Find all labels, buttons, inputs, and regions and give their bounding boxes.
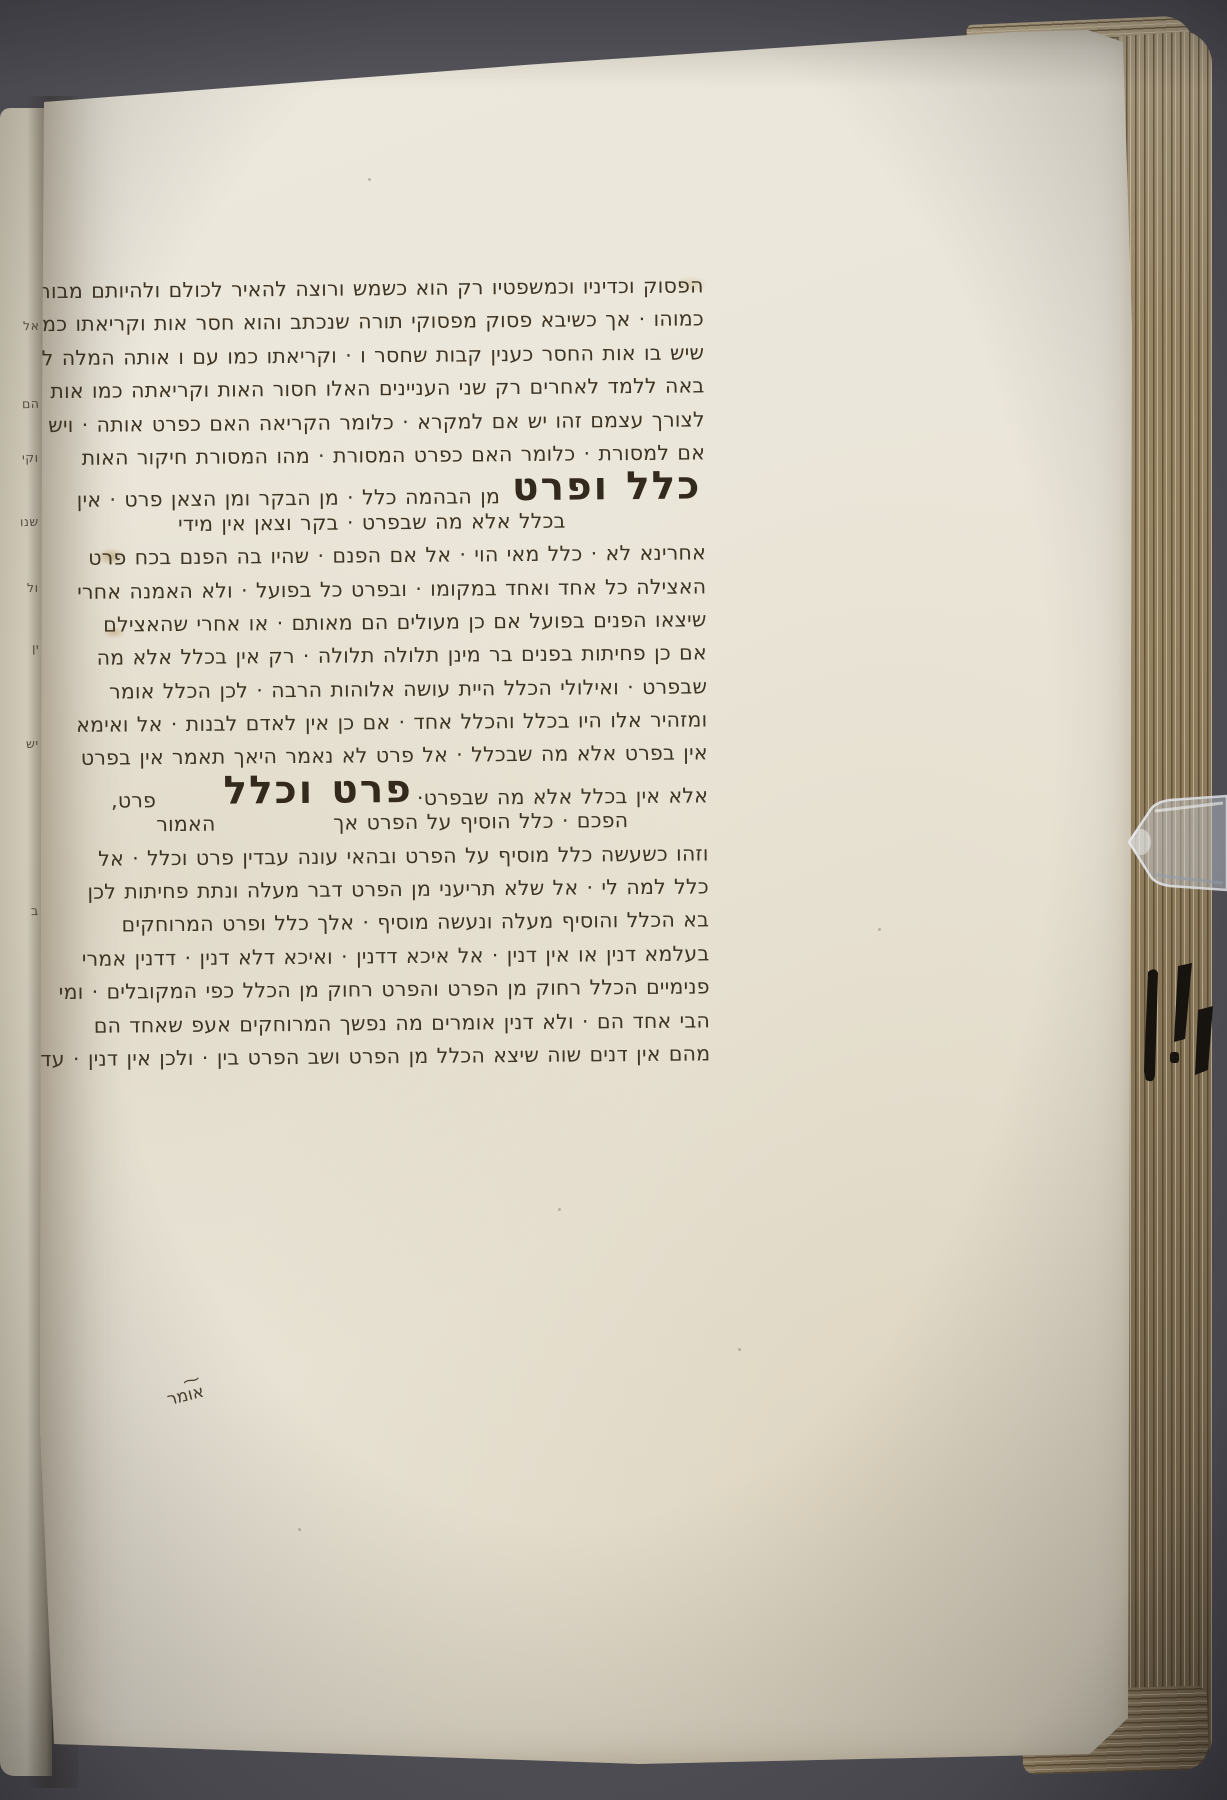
manuscript-line: שבפרט · ואילולי הכלל היית עושה אלוהות הר… — [110, 670, 707, 709]
fore-edge-ink-marks — [1136, 958, 1220, 1100]
manuscript-line: הפסוק וכדיניו וכמשפטיו רק הוא כשמש ורוצה… — [107, 269, 704, 308]
section-heading: פרט וכלל — [223, 770, 413, 811]
manuscript-line: לצורך עצמם זהו יש אם למקרא · כלומר הקריא… — [108, 403, 705, 442]
paper-speck — [878, 928, 881, 931]
line-text: מהם אין דנים שוה שיצא הכלל מן הפרט ושב ה… — [40, 1037, 710, 1076]
line-text: שבפרט · ואילולי הכלל היית עושה אלוהות הר… — [109, 670, 707, 709]
text-block: הפסוק וכדיניו וכמשפטיו רק הוא כשמש ורוצה… — [107, 269, 711, 1076]
line-text: אחרינא לא · כלל מאי הוי · אל אם הפנם · ש… — [88, 537, 706, 576]
line-text: פרט, — [111, 784, 156, 818]
line-text: הבי אחד הם · ולא דנין אומרים מה נפשך המר… — [94, 1004, 711, 1043]
paper-speck — [298, 1528, 301, 1531]
manuscript-line: בעלמא דנין או אין דנין · אל איכא דדנין ·… — [112, 937, 709, 976]
line-text: בכלל אלא מה שבפרט · בקר וצאן אין מידי — [178, 504, 566, 541]
paper-speck — [368, 178, 371, 181]
manuscript-line: כלל ופרטמן הבהמה כלל · מן הבקר ומן הצאן … — [108, 470, 705, 509]
line-text: ומזהיר אלו היו בכלל והכלל אחד · אם כן אי… — [76, 703, 708, 742]
manuscript-line: ומזהיר אלו היו בכלל והכלל אחד · אם כן אי… — [110, 703, 707, 742]
manuscript-line: מהם אין דנים שוה שיצא הכלל מן הפרט ושב ה… — [113, 1037, 710, 1076]
line-text: בא הכלל והוסיף מעלה ונעשה מוסיף · אלך כל… — [121, 904, 709, 943]
section-heading: כלל ופרט — [512, 467, 702, 508]
manuscript-line: כלל למה לי · אל שלא תריעני מן הפרט דבר מ… — [112, 870, 709, 909]
line-text: האצילה כל אחד ואחד במקומו · ובפרט כל בפו… — [77, 570, 706, 609]
manuscript-line: אחרינא לא · כלל מאי הוי · אל אם הפנם · ש… — [109, 537, 706, 576]
line-gap — [216, 830, 334, 831]
manuscript-line: וזהו כשעשה כלל מוסיף על הפרט ובהאי עונה … — [111, 837, 708, 876]
photo-background: אלהםוקישנווליןישב הפסוק וכדיניו וכמשפטיו… — [0, 0, 1227, 1800]
line-text: אם כן פחיתות בפנים בר מינן תלולה תלולה ·… — [97, 637, 707, 676]
manuscript-line: שיצאו הפנים בפועל אם כן מעולים הם מאותם … — [109, 603, 706, 642]
manuscript-line: בא הכלל והוסיף מעלה ונעשה מוסיף · אלך כל… — [112, 904, 709, 943]
manuscript-line: כמוהו · אך כשיבא פסוק מפסוקי תורה שנכתב … — [107, 303, 704, 342]
line-text: האמור — [156, 808, 215, 842]
manuscript-line: הבי אחד הם · ולא דנין אומרים מה נפשך המר… — [113, 1004, 710, 1043]
line-text: וזהו כשעשה כלל מוסיף על הפרט ובהאי עונה … — [98, 837, 709, 876]
catchword: ~ אומר — [163, 1374, 206, 1410]
paper-speck — [738, 1348, 741, 1351]
glass-weight — [1124, 794, 1227, 894]
line-text: פנימיים הכלל רחוק מן הפרט והפרט רחוק מן … — [59, 971, 710, 1010]
manuscript-line: האצילה כל אחד ואחד במקומו · ובפרט כל בפו… — [109, 570, 706, 609]
manuscript-line: שיש בו אות החסר כענין קבות שחסר ו · וקרי… — [107, 336, 704, 375]
manuscript-line: פנימיים הכלל רחוק מן הפרט והפרט רחוק מן … — [113, 971, 710, 1010]
manuscript-line: אלא אין בכלל אלא מה שבפרט·פרט וכללפרט, — [111, 770, 708, 809]
manuscript-line: אם כן פחיתות בפנים בר מינן תלולה תלולה ·… — [110, 637, 707, 676]
line-text: בעלמא דנין או אין דנין · אל איכא דדנין ·… — [82, 937, 710, 976]
line-text: כלל למה לי · אל שלא תריעני מן הפרט דבר מ… — [87, 870, 709, 909]
manuscript-page: הפסוק וכדיניו וכמשפטיו רק הוא כשמש ורוצה… — [38, 28, 1136, 1768]
line-text: שיצאו הפנים בפועל אם כן מעולים הם מאותם … — [103, 603, 707, 642]
paper-speck — [558, 1208, 561, 1211]
manuscript-line: באה ללמד לאחרים רק שני העניינים האלו חסו… — [107, 370, 704, 409]
